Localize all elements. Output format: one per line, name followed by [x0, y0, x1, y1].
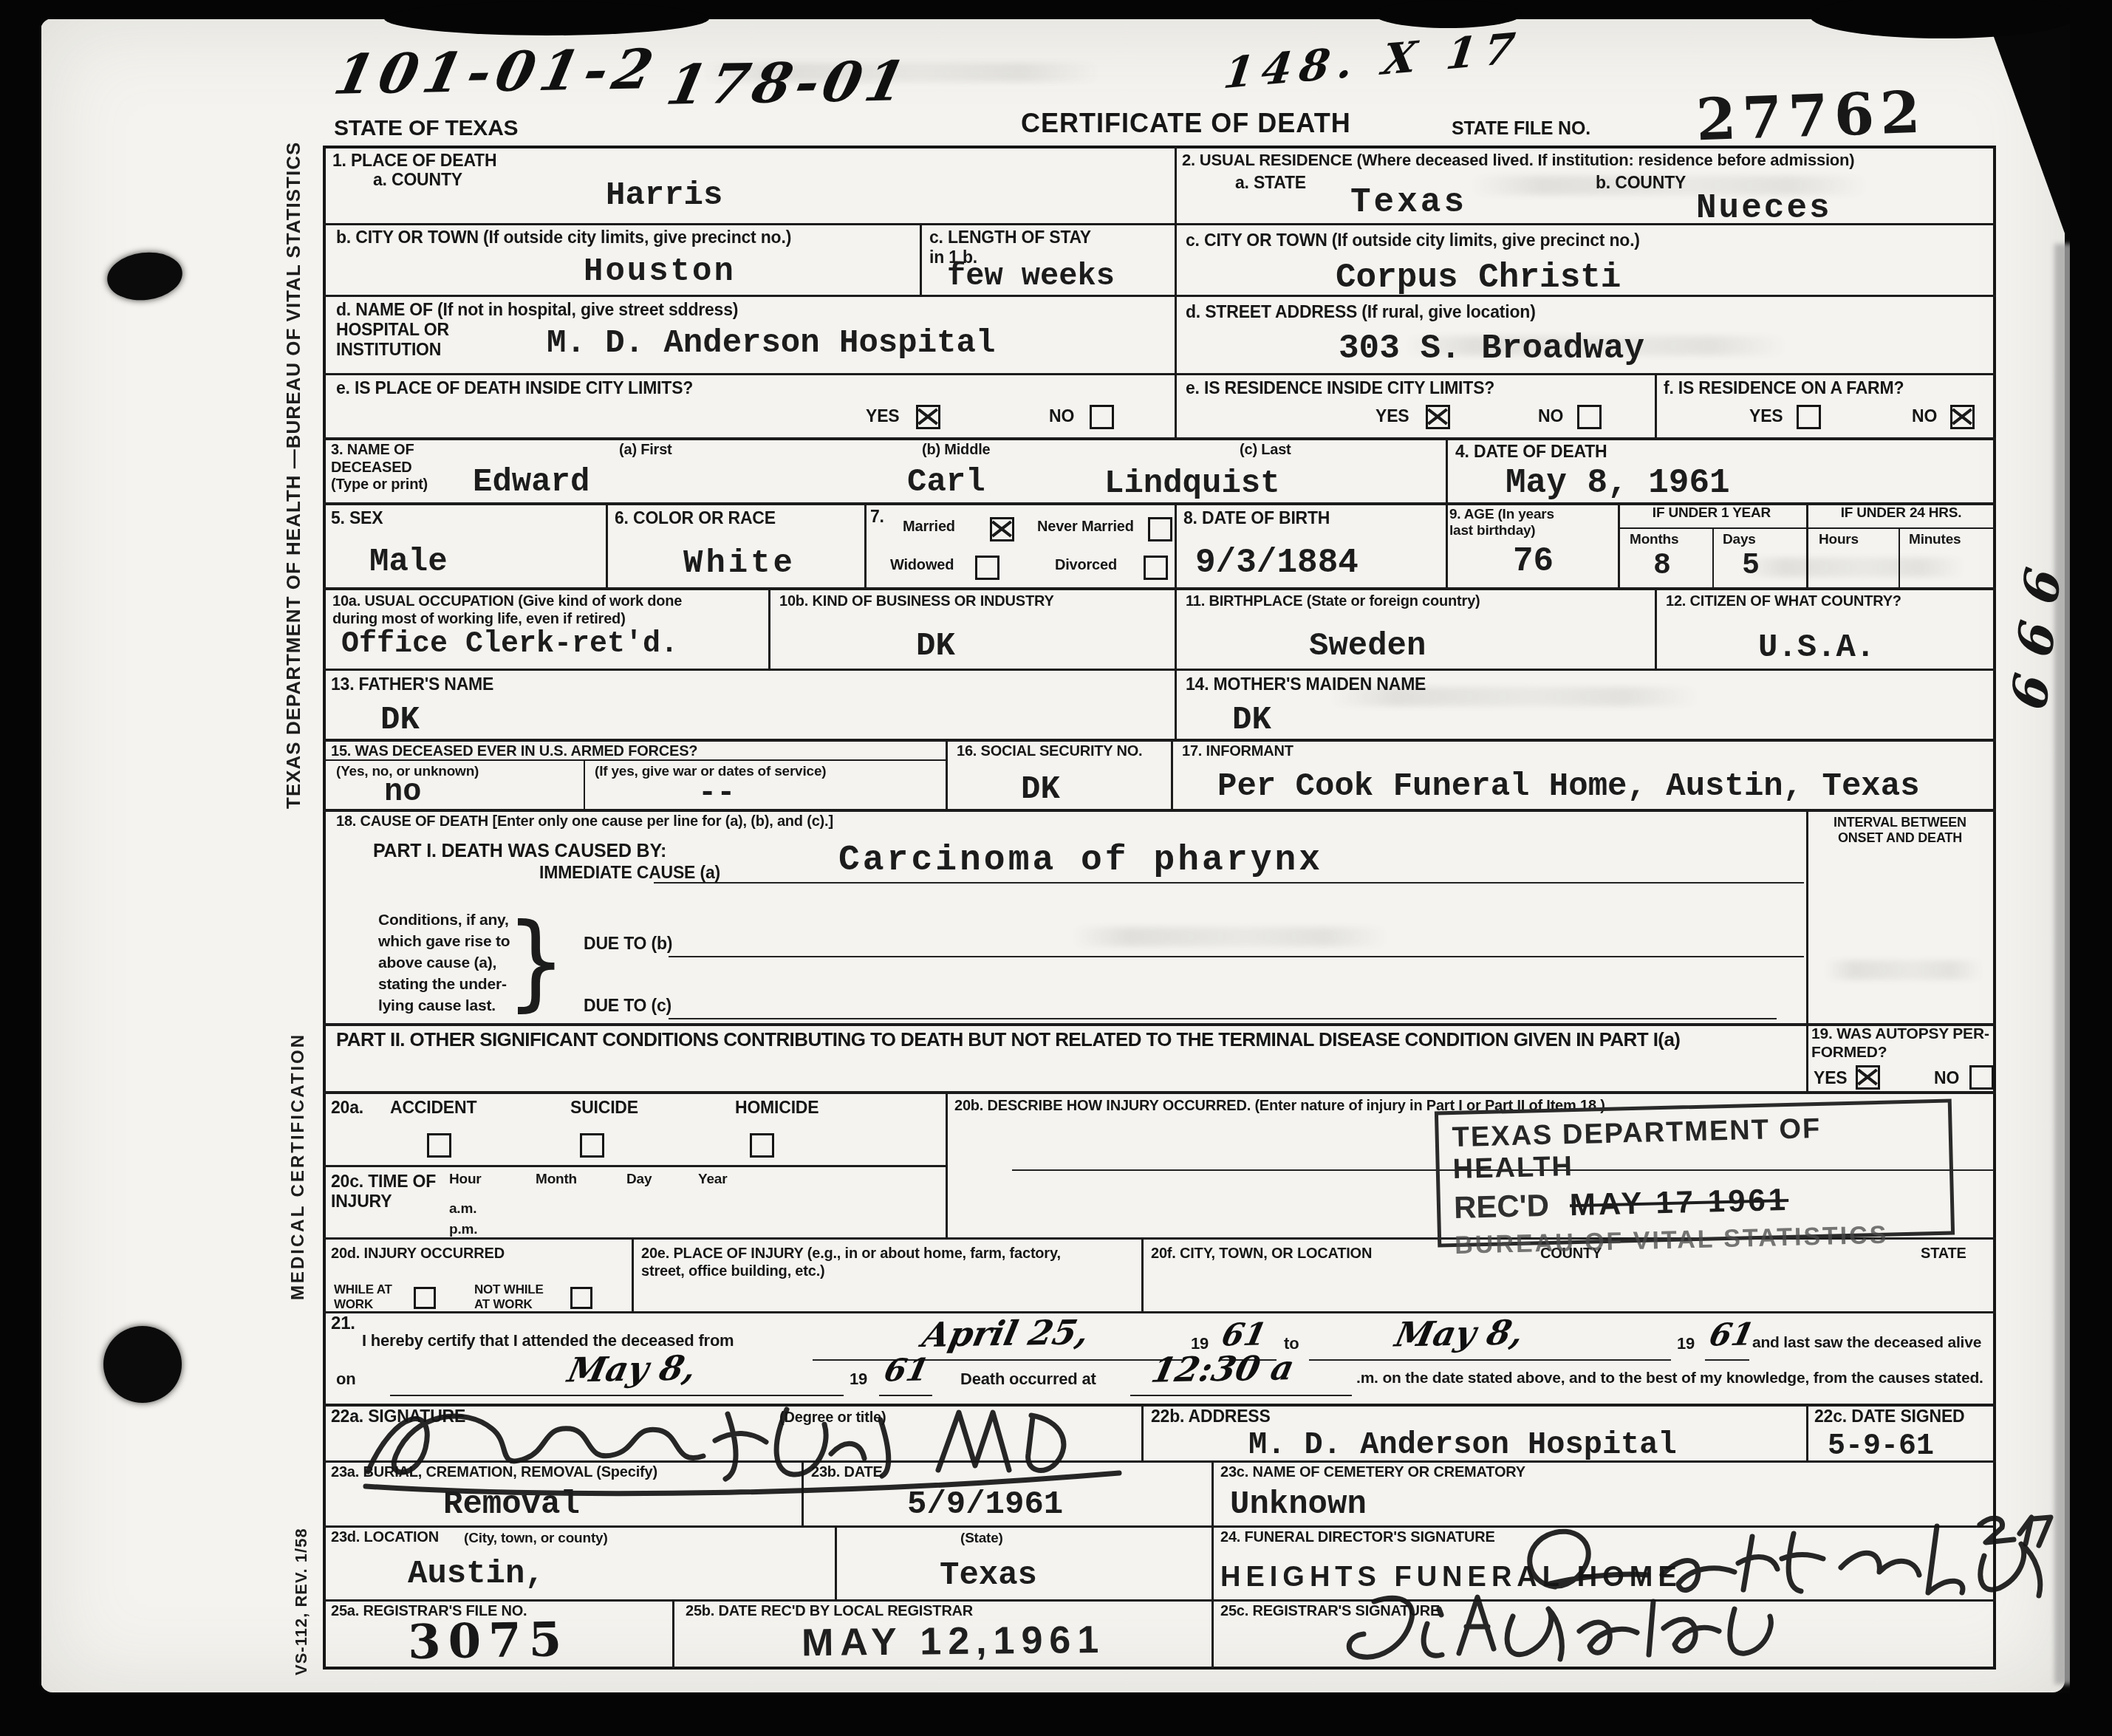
not-while-at-work-label: NOT WHILE AT WORK [474, 1282, 544, 1312]
grid-line [323, 669, 1996, 671]
residence-inside-city-no-checkbox [1577, 405, 1602, 429]
grid-line [864, 502, 867, 587]
cause-underline-c [669, 1018, 1777, 1019]
grid-line [606, 502, 608, 587]
grid-line [835, 1525, 837, 1599]
attended-from-value: April 25, [919, 1312, 1093, 1355]
residence-farm-no-checkbox [1950, 405, 1975, 429]
residence-farm-yes-checkbox [1797, 405, 1821, 429]
grid-line [1141, 1237, 1144, 1311]
suicide-checkbox [580, 1133, 604, 1158]
date-received-label: 25b. DATE REC'D BY LOCAL REGISTRAR [686, 1603, 973, 1621]
marital-number: 7. [870, 507, 884, 527]
name-of-deceased-heading: 3. NAME OF DECEASED (Type or print) [331, 442, 428, 494]
middle-name-label: (b) Middle [922, 442, 990, 459]
rule-line [1705, 1359, 1749, 1361]
last-name-value: Lindquist [1104, 465, 1280, 502]
father-name-value: DK [380, 702, 420, 739]
stamp-line2: REC'DMAY 17 1961 [1453, 1178, 1937, 1226]
cause-of-death-label: 18. CAUSE OF DEATH [Enter only one cause… [336, 813, 833, 831]
grid-line [1175, 146, 1177, 437]
never-married-checkbox [1148, 517, 1172, 541]
registrar-file-value: 3075 [407, 1612, 569, 1670]
mother-name-value: DK [1232, 702, 1271, 739]
certify-number: 21. [331, 1313, 355, 1334]
date-signed-label: 22c. DATE SIGNED [1814, 1407, 1964, 1426]
hours-label: Hours [1819, 532, 1859, 548]
funeral-director-label: 24. FUNERAL DIRECTOR'S SIGNATURE [1220, 1529, 1495, 1547]
certify-text-2: and last saw the deceased alive [1752, 1334, 1981, 1353]
grid-line [323, 587, 1996, 590]
grid-line [1212, 1599, 1214, 1670]
grid-line [1446, 502, 1448, 587]
due-to-c-label: DUE TO (c) [584, 996, 671, 1016]
age-label: 9. AGE (In years last birthday) [1449, 507, 1554, 540]
accident-checkbox [427, 1133, 451, 1158]
grid-line [1655, 373, 1657, 437]
autopsy-yes-checkbox [1856, 1065, 1880, 1090]
conditions-note: Conditions, if any, which gave rise to a… [378, 910, 510, 1017]
residence-inside-city-yes-checkbox [1426, 405, 1450, 429]
war-dates-value: -- [698, 776, 735, 811]
handwritten-code-2: 178-01 [661, 49, 915, 117]
grid-line [1212, 1525, 1214, 1599]
part2-heading: PART II. OTHER SIGNIFICANT CONDITIONS CO… [336, 1028, 1806, 1051]
days-label: Days [1723, 532, 1756, 548]
pm-label: p.m. [449, 1222, 477, 1238]
street-address-value: 303 S. Broadway [1339, 329, 1644, 368]
death-inside-city-label: e. IS PLACE OF DEATH INSIDE CITY LIMITS? [336, 378, 693, 398]
immediate-cause-value: Carcinoma of pharynx [838, 841, 1323, 881]
date-received-value: MAY 12,1961 [802, 1618, 1106, 1665]
married-label: Married [903, 519, 955, 536]
ssn-label: 16. SOCIAL SECURITY NO. [957, 743, 1142, 761]
death-time-value: 12:30 a [1148, 1347, 1298, 1390]
immediate-cause-label: IMMEDIATE CAUSE (a) [539, 863, 720, 883]
grid-line [1655, 587, 1657, 669]
residence-farm-yes-label: YES [1749, 406, 1783, 426]
length-of-stay-value: few weeks [947, 259, 1115, 294]
autopsy-no-checkbox [1969, 1065, 1994, 1090]
date-of-birth-value: 9/3/1884 [1195, 544, 1359, 582]
residence-state-label: a. STATE [1235, 173, 1306, 193]
death-inside-city-no-checkbox [1090, 405, 1114, 429]
film-left-strip [0, 0, 41, 1736]
armed-forces-value: no [384, 774, 421, 810]
residence-inside-city-no-label: NO [1538, 406, 1563, 426]
grid-line [1141, 1404, 1144, 1460]
grid-line [1446, 437, 1448, 502]
rule-line [1130, 1395, 1352, 1396]
pre-year-b: 19 [1677, 1334, 1695, 1353]
burial-date-label: 23b. DATE [811, 1464, 883, 1482]
handwritten-code-1: 101-01-2 [329, 38, 664, 107]
never-married-label: Never Married [1037, 519, 1134, 536]
grid-line [1212, 1460, 1214, 1525]
residence-farm-no-label: NO [1912, 406, 1937, 426]
month-label: Month [536, 1172, 577, 1188]
due-to-b-label: DUE TO (b) [584, 934, 672, 954]
mother-name-label: 14. MOTHER'S MAIDEN NAME [1186, 674, 1426, 694]
while-at-work-label: WHILE AT WORK [334, 1282, 392, 1312]
sex-label: 5. SEX [331, 508, 383, 528]
if-under-24-hrs-label: IF UNDER 24 HRS. [1808, 505, 1995, 522]
married-checkbox [990, 517, 1014, 541]
location-city-sub: (City, town, or county) [464, 1531, 608, 1547]
occupation-value: Office Clerk-ret'd. [341, 628, 678, 661]
father-name-label: 13. FATHER'S NAME [331, 674, 493, 694]
grid-line [1806, 1404, 1808, 1460]
stamp-line1: TEXAS DEPARTMENT OF HEALTH [1452, 1110, 1936, 1186]
city-town-label: b. CITY OR TOWN (If outside city limits,… [336, 228, 791, 247]
autopsy-no-label: NO [1934, 1068, 1959, 1088]
race-label: 6. COLOR OR RACE [615, 508, 776, 528]
place-of-injury-label: 20e. PLACE OF INJURY (e.g., in or about … [641, 1245, 1061, 1280]
residence-county-value: Nueces [1696, 189, 1832, 228]
usual-residence-he ading: 2. USUAL RESIDENCE (Where deceased lived… [1182, 151, 1995, 170]
grid-line [323, 373, 1996, 375]
certify-text-4: .m. on the date stated above, and to the… [1356, 1370, 2006, 1388]
grid-line [1899, 527, 1900, 587]
am-label: a.m. [449, 1201, 476, 1217]
location-city-value: Austin, [408, 1556, 544, 1593]
not-while-at-work-checkbox [570, 1287, 592, 1309]
state-file-no-value: 27762 [1695, 79, 1927, 154]
death-inside-city-no-label: NO [1049, 406, 1074, 426]
burial-label: 23a. BURIAL, CREMATION, REMOVAL (Specify… [331, 1464, 657, 1482]
grid-line [323, 1311, 1996, 1313]
citizen-value: U.S.A. [1758, 629, 1875, 666]
middle-name-value: Carl [907, 464, 985, 501]
residence-city-value: Corpus Christi [1336, 259, 1621, 297]
left-margin-department-text: TEXAS DEPARTMENT OF HEALTH —BUREAU OF VI… [282, 142, 305, 809]
cause-underline-b [669, 956, 1804, 957]
left-margin-form-number: VS-112, REV. 1/58 [292, 1528, 311, 1675]
state-heading: STATE OF TEXAS [334, 115, 518, 141]
burial-date-value: 5/9/1961 [907, 1486, 1063, 1523]
injury-city-label: 20f. CITY, TOWN, OR LOCATION [1151, 1245, 1372, 1263]
state-file-no-label: STATE FILE NO. [1452, 118, 1590, 140]
grid-line [1175, 587, 1177, 739]
residence-county-label: b. COUNTY [1596, 173, 1686, 193]
year-label: Year [698, 1172, 727, 1188]
left-margin-medical-certification: MEDICAL CERTIFICATION [288, 1033, 309, 1300]
minutes-label: Minutes [1909, 532, 1961, 548]
death-inside-city-yes-label: YES [866, 406, 899, 426]
grid-line [323, 1165, 946, 1167]
days-value: 5 [1742, 550, 1760, 583]
punch-hole [103, 1326, 182, 1403]
day-label: Day [626, 1172, 652, 1188]
city-town-value: Houston [584, 253, 736, 290]
widowed-label: Widowed [890, 557, 954, 575]
divorced-checkbox [1144, 556, 1168, 580]
year-b-value: 61 [1706, 1316, 1757, 1353]
received-stamp: TEXAS DEPARTMENT OF HEALTH REC'DMAY 17 1… [1435, 1098, 1955, 1247]
hour-label: Hour [449, 1172, 482, 1188]
armed-forces-label: 15. WAS DECEASED EVER IN U.S. ARMED FORC… [331, 743, 697, 761]
attended-to-value: May 8, [1392, 1313, 1528, 1355]
age-value: 76 [1513, 542, 1554, 581]
grid-line [323, 437, 1996, 440]
first-name-value: Edward [473, 464, 589, 501]
grid-line [323, 1023, 1996, 1026]
months-value: 8 [1653, 550, 1671, 583]
grid-line [323, 739, 1996, 742]
date-of-death-value: May 8, 1961 [1506, 464, 1730, 502]
occupation-label: 10a. USUAL OCCUPATION (Give kind of work… [332, 593, 682, 628]
cemetery-label: 23c. NAME OF CEMETERY OR CREMATORY [1220, 1464, 1525, 1482]
sex-value: Male [369, 544, 448, 581]
time-of-injury-label: 20c. TIME OF INJURY [331, 1172, 436, 1212]
grid-line [323, 295, 1996, 297]
divorced-label: Divorced [1055, 557, 1117, 575]
industry-value: DK [916, 628, 955, 665]
stamp-date: MAY 17 1961 [1569, 1182, 1788, 1222]
grid-line [584, 759, 585, 809]
ssn-value: DK [1021, 771, 1060, 808]
race-value: White [683, 545, 796, 582]
suicide-label: SUICIDE [570, 1098, 638, 1118]
conditions-brace: } [506, 902, 566, 1023]
rule-line [813, 1359, 1182, 1361]
document-title: CERTIFICATE OF DEATH [1021, 108, 1351, 139]
date-of-birth-label: 8. DATE OF BIRTH [1183, 508, 1330, 528]
homicide-checkbox [750, 1133, 774, 1158]
grid-line [632, 1237, 634, 1311]
place-of-death-heading: 1. PLACE OF DEATH [332, 151, 496, 171]
film-artifact [384, 1, 709, 35]
citizen-label: 12. CITIZEN OF WHAT COUNTRY? [1666, 593, 1901, 611]
residence-farm-label: f. IS RESIDENCE ON A FARM? [1664, 378, 1904, 398]
autopsy-yes-label: YES [1814, 1068, 1847, 1088]
rule-line [1309, 1359, 1671, 1361]
film-artifact [1374, 0, 1522, 28]
hospital-value: M. D. Anderson Hospital [547, 325, 995, 362]
autopsy-label: 19. WAS AUTOPSY PER- FORMED? [1811, 1025, 1989, 1062]
address-label: 22b. ADDRESS [1151, 1407, 1271, 1426]
while-at-work-checkbox [414, 1287, 436, 1309]
county-value: Harris [606, 177, 722, 214]
location-state-value: Texas [940, 1557, 1037, 1594]
address-value: M. D. Anderson Hospital [1248, 1427, 1677, 1463]
residence-inside-city-label: e. IS RESIDENCE INSIDE CITY LIMITS? [1186, 378, 1494, 398]
accident-label: ACCIDENT [390, 1098, 476, 1118]
film-scan: { "colors": {"paper":"#f4f3ef","ink":"#1… [0, 0, 2112, 1736]
grid-line [1712, 527, 1714, 587]
cemetery-value: Unknown [1230, 1486, 1367, 1523]
grid-line [920, 223, 922, 295]
grid-line [946, 1091, 948, 1237]
grid-line [323, 809, 1996, 812]
grid-line [946, 739, 948, 809]
county-label: a. COUNTY [373, 170, 462, 190]
grid-line [672, 1599, 674, 1670]
street-address-label: d. STREET ADDRESS (If rural, give locati… [1186, 302, 1536, 322]
industry-label: 10b. KIND OF BUSINESS OR INDUSTRY [779, 593, 1054, 611]
date-signed-value: 5-9-61 [1828, 1430, 1934, 1463]
location-label: 23d. LOCATION [331, 1529, 439, 1547]
residence-city-label: c. CITY OR TOWN (If outside city limits,… [1186, 230, 1640, 250]
film-bottom-strip [0, 1693, 2112, 1736]
part1-heading: PART I. DEATH WAS CAUSED BY: [373, 841, 666, 863]
birthplace-value: Sweden [1309, 628, 1426, 665]
year-a-value: 61 [1219, 1316, 1270, 1353]
film-right-strip [2070, 0, 2112, 1736]
homicide-label: HOMICIDE [735, 1098, 819, 1118]
burial-value: Removal [443, 1486, 580, 1523]
grid-line [1171, 739, 1173, 809]
grid-line [323, 1091, 1996, 1094]
date-of-death-label: 4. DATE OF DEATH [1455, 442, 1607, 462]
location-state-sub: (State) [960, 1531, 1003, 1547]
grid-line [1806, 809, 1808, 1091]
death-inside-city-yes-checkbox [916, 405, 940, 429]
registrar-signature [1330, 1581, 1839, 1670]
film-top-strip [0, 0, 2112, 19]
residence-state-value: Texas [1350, 183, 1467, 222]
informant-label: 17. INFORMANT [1182, 743, 1293, 761]
interval-header: INTERVAL BETWEEN ONSET AND DEATH [1811, 815, 1989, 846]
on-word: on [336, 1370, 355, 1389]
informant-value: Per Cook Funeral Home, Austin, Texas [1217, 768, 1920, 805]
stamp-recd: REC'D [1453, 1188, 1549, 1225]
widowed-checkbox [975, 556, 999, 580]
injury-occurred-label: 20d. INJURY OCCURRED [331, 1245, 505, 1263]
cause-underline-a [654, 882, 1804, 884]
months-label: Months [1630, 532, 1678, 548]
grid-line [1175, 502, 1177, 587]
first-name-label: (a) First [619, 442, 672, 459]
grid-line [768, 587, 770, 669]
if-under-1-year-label: IF UNDER 1 YEAR [1619, 505, 1804, 522]
residence-inside-city-yes-label: YES [1375, 406, 1409, 426]
birthplace-label: 11. BIRTHPLACE (State or foreign country… [1186, 593, 1480, 611]
accident-section-number: 20a. [331, 1098, 363, 1118]
last-name-label: (c) Last [1240, 442, 1291, 459]
